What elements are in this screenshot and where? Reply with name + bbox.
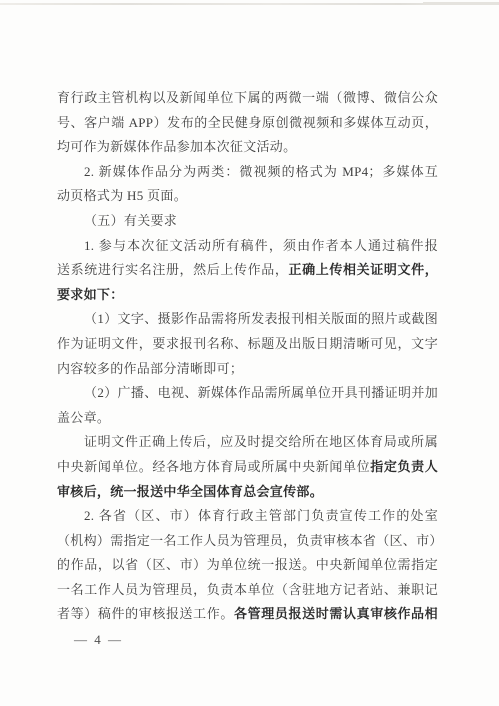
text-line: 2. 各省（区、市）体育行政主管部门负责宣传工作的处室 xyxy=(57,504,438,529)
body-text: 号、客户端 APP）发布的全民健身原创微视频和多媒体互动页， xyxy=(57,115,438,130)
body-text: 育行政主管机构以及新闻单位下属的两微一端（微博、微信公众 xyxy=(57,90,438,105)
emphasized-text: 要求如下： xyxy=(57,287,124,302)
text-line: 内容较多的作品部分清晰即可； xyxy=(57,357,438,382)
text-line: 作为证明文件，要求报刊名称、标题及出版日期清晰可见，文字 xyxy=(57,332,438,357)
text-line: 均可作为新媒体作品参加本次征文活动。 xyxy=(57,135,438,160)
body-text: 均可作为新媒体作品参加本次征文活动。 xyxy=(57,139,296,154)
body-text: （1）文字、摄影作品需将所发表报刊相关版面的照片或截图 xyxy=(84,311,438,326)
text-line: 要求如下： xyxy=(57,283,438,308)
body-text: 一名工作人员为管理员，负责本单位（含驻地方记者站、兼职记 xyxy=(57,582,438,597)
text-line: 2. 新媒体作品分为两类：微视频的格式为 MP4；多媒体互 xyxy=(57,160,438,185)
page-number: — 4 — xyxy=(74,630,123,650)
body-text: 的作品，以省（区、市）为单位统一报送。中央新闻单位需指定 xyxy=(57,557,438,572)
document-page: 育行政主管机构以及新闻单位下属的两微一端（微博、微信公众号、客户端 APP）发布… xyxy=(0,0,499,706)
body-text: 者等）稿件的审核报送工作。 xyxy=(57,606,234,621)
body-text: 中央新闻单位。经各地方体育局或所属中央新闻单位 xyxy=(57,459,370,474)
scan-artifact-top-right xyxy=(423,2,499,5)
text-line: 证明文件正确上传后，应及时提交给所在地区体育局或所属 xyxy=(57,430,438,455)
text-line: 送系统进行实名注册，然后上传作品，正确上传相关证明文件， xyxy=(57,258,438,283)
body-text: 1. 参与本次征文活动所有稿件，须由作者本人通过稿件报 xyxy=(84,238,438,253)
emphasized-text: 审核后，统一报送中华全国体育总会宣传部。 xyxy=(57,484,323,499)
body-text: 2. 新媒体作品分为两类：微视频的格式为 MP4；多媒体互 xyxy=(84,164,438,179)
body-text: 证明文件正确上传后，应及时提交给所在地区体育局或所属 xyxy=(84,434,438,449)
text-line: （2）广播、电视、新媒体作品需所属单位开具刊播证明并加 xyxy=(57,381,438,406)
text-line: 者等）稿件的审核报送工作。各管理员报送时需认真审核作品相 xyxy=(57,602,438,627)
emphasized-text: 各管理员报送时需认真审核作品相 xyxy=(234,606,438,621)
text-line: 审核后，统一报送中华全国体育总会宣传部。 xyxy=(57,480,438,505)
body-text: （五）有关要求 xyxy=(84,213,177,228)
text-line: 育行政主管机构以及新闻单位下属的两微一端（微博、微信公众 xyxy=(57,86,438,111)
text-line: 中央新闻单位。经各地方体育局或所属中央新闻单位指定负责人 xyxy=(57,455,438,480)
emphasized-text: 正确上传相关证明文件， xyxy=(289,262,438,277)
body-text: 2. 各省（区、市）体育行政主管部门负责宣传工作的处室 xyxy=(84,508,438,523)
text-line: （五）有关要求 xyxy=(57,209,438,234)
body-text: 动页格式为 H5 页面。 xyxy=(57,188,187,203)
text-line: （1）文字、摄影作品需将所发表报刊相关版面的照片或截图 xyxy=(57,307,438,332)
text-line: 一名工作人员为管理员，负责本单位（含驻地方记者站、兼职记 xyxy=(57,578,438,603)
body-text: 作为证明文件，要求报刊名称、标题及出版日期清晰可见，文字 xyxy=(57,336,438,351)
document-body: 育行政主管机构以及新闻单位下属的两微一端（微博、微信公众号、客户端 APP）发布… xyxy=(57,86,438,627)
text-line: 的作品，以省（区、市）为单位统一报送。中央新闻单位需指定 xyxy=(57,553,438,578)
body-text: 内容较多的作品部分清晰即可； xyxy=(57,361,243,376)
body-text: 送系统进行实名注册，然后上传作品， xyxy=(57,262,289,277)
emphasized-text: 指定负责人 xyxy=(370,459,438,474)
body-text: （机构）需指定一名工作人员为管理员，负责审核本省（区、市） xyxy=(57,533,438,548)
text-line: 号、客户端 APP）发布的全民健身原创微视频和多媒体互动页， xyxy=(57,111,438,136)
body-text: （2）广播、电视、新媒体作品需所属单位开具刊播证明并加 xyxy=(84,385,438,400)
body-text: 盖公章。 xyxy=(57,410,110,425)
text-line: （机构）需指定一名工作人员为管理员，负责审核本省（区、市） xyxy=(57,529,438,554)
text-line: 动页格式为 H5 页面。 xyxy=(57,184,438,209)
text-line: 1. 参与本次征文活动所有稿件，须由作者本人通过稿件报 xyxy=(57,234,438,259)
text-line: 盖公章。 xyxy=(57,406,438,431)
